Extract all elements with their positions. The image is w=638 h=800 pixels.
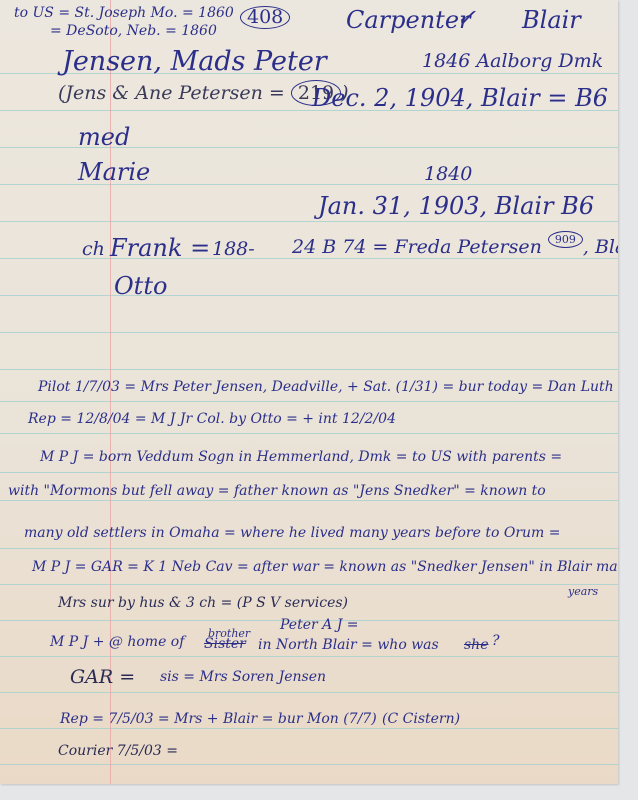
- subject-name: Jensen, Mads Peter: [62, 48, 327, 75]
- spouse-relation: med: [78, 125, 130, 149]
- note-line: Rep = 7/5/03 = Mrs + Blair = bur Mon (7/…: [60, 712, 377, 726]
- ruled-line: [0, 656, 618, 657]
- note-line: M P J = GAR = K 1 Neb Cav = after war = …: [32, 560, 618, 574]
- note-line: years: [568, 586, 598, 597]
- note-line: Courier 7/5/03 =: [58, 744, 178, 758]
- ruled-line: [0, 728, 618, 729]
- notebook-page: to US = St. Joseph Mo. = 1860 = DeSoto, …: [0, 0, 618, 784]
- child-name: Otto: [114, 274, 167, 298]
- ruled-line: [0, 369, 618, 370]
- ruled-line: [0, 764, 618, 765]
- ruled-line: [0, 472, 618, 473]
- note-line: ?: [492, 634, 500, 648]
- spouse-death: Jan. 31, 1903, Blair B6: [318, 194, 594, 218]
- subject-parents-text: (Jens & Ane Petersen =: [58, 82, 285, 104]
- ruled-line: [0, 295, 618, 296]
- note-struck-word: Sister: [204, 637, 246, 651]
- ruled-line: [0, 692, 618, 693]
- child-birth: 188-: [212, 240, 255, 259]
- town: Blair: [522, 8, 581, 32]
- note-line: Mrs sur by hus & 3 ch = (P S V services): [58, 596, 348, 610]
- occupation: Carpenter: [346, 8, 471, 32]
- subject-death: Dec. 2, 1904, Blair = B6: [312, 86, 608, 110]
- note-line: Peter A J =: [280, 618, 358, 632]
- child-marriage-ref: 909: [548, 231, 583, 248]
- ruled-line: [0, 221, 618, 222]
- child-marriage-place: , Blair: [583, 236, 618, 258]
- note-line: M P J + @ home of: [50, 635, 184, 649]
- ruled-line: [0, 584, 618, 585]
- child-marriage: 24 B 74 = Freda Petersen 909, Blair: [292, 238, 618, 257]
- note-line: GAR =: [70, 668, 135, 687]
- note-struck-word: she: [464, 638, 489, 652]
- spouse-name: Marie: [78, 160, 150, 184]
- note-line: M P J = born Veddum Sogn in Hemmerland, …: [40, 450, 562, 464]
- ruled-line: [0, 433, 618, 434]
- ruled-line: [0, 548, 618, 549]
- ruled-line: [0, 500, 618, 501]
- note-line: in North Blair = who was: [258, 638, 439, 652]
- child-marriage-text: 24 B 74 = Freda Petersen: [292, 236, 542, 258]
- note-line: (C Cistern): [382, 712, 460, 726]
- subject-parents: (Jens & Ane Petersen = 219): [58, 84, 349, 103]
- note-line: sis = Mrs Soren Jensen: [160, 670, 326, 684]
- note-line: Rep = 12/8/04 = M J Jr Col. by Otto = + …: [28, 412, 396, 426]
- immigration-note-line1: to US = St. Joseph Mo. = 1860: [14, 6, 234, 20]
- ruled-line: [0, 332, 618, 333]
- child-name: Frank =: [110, 236, 210, 260]
- note-line: with "Mormons but fell away = father kno…: [8, 484, 546, 498]
- subject-birth: 1846 Aalborg Dmk: [422, 52, 603, 71]
- children-label: ch: [82, 240, 105, 259]
- note-line: many old settlers in Omaha = where he li…: [24, 526, 561, 540]
- note-line: Pilot 1/7/03 = Mrs Peter Jensen, Deadvil…: [38, 380, 618, 394]
- checkmark-icon: ✓: [456, 6, 476, 30]
- ruled-line: [0, 401, 618, 402]
- immigration-note-line2: = DeSoto, Neb. = 1860: [50, 24, 217, 38]
- record-number: 408: [240, 6, 290, 29]
- spouse-birth: 1840: [424, 165, 472, 184]
